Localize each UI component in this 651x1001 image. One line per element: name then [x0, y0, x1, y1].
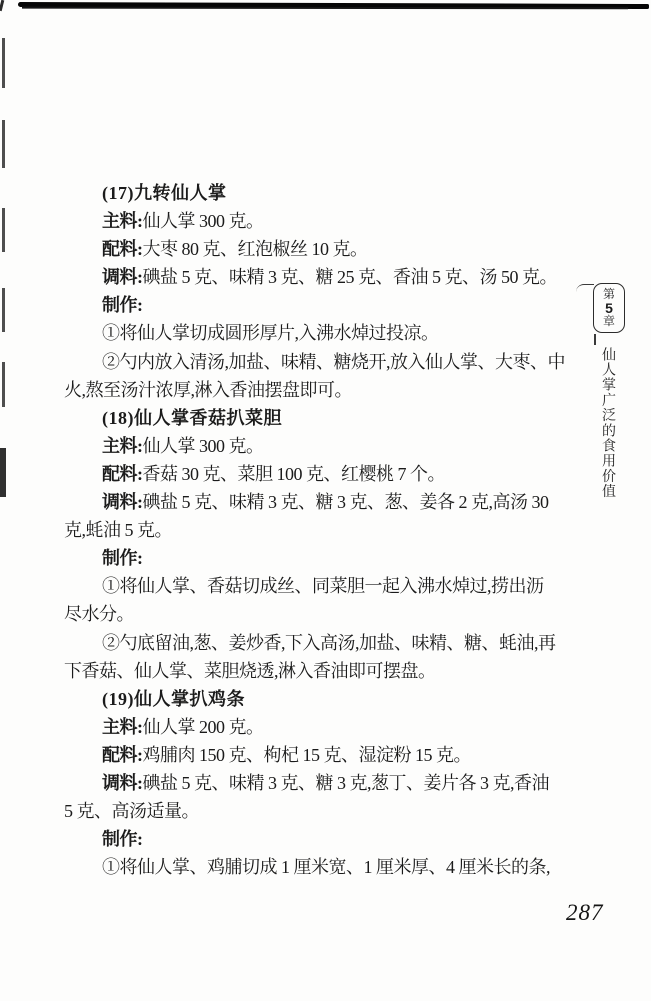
- recipe-line: 调料:碘盐 5 克、味精 3 克、糖 25 克、香油 5 克、汤 50 克。: [64, 263, 564, 291]
- recipe-line: (18)仙人掌香菇扒菜胆: [64, 404, 564, 432]
- line-label: 调料:: [102, 492, 143, 512]
- recipe-line: (19)仙人掌扒鸡条: [64, 685, 564, 713]
- badge-flourish-bottom: [594, 334, 596, 345]
- line-text: 仙人掌 300 克。: [143, 436, 264, 456]
- recipe-line: 下香菇、仙人掌、菜胆烧透,淋入香油即可摆盘。: [64, 657, 564, 685]
- line-text: 仙人掌 300 克。: [143, 211, 264, 231]
- recipe-line: 配料:鸡脯肉 150 克、枸杞 15 克、湿淀粉 15 克。: [64, 741, 564, 769]
- recipe-line: 制作:: [64, 544, 564, 572]
- page-number: 287: [566, 900, 604, 926]
- line-label: 主料:: [102, 436, 143, 456]
- line-label: 制作:: [102, 548, 143, 568]
- recipe-line: 制作:: [64, 825, 564, 853]
- recipe-line: 克,蚝油 5 克。: [64, 516, 564, 544]
- chapter-title-vertical: 仙人掌广泛的食用价值: [597, 347, 617, 499]
- line-text: 碘盐 5 克、味精 3 克、糖 25 克、香油 5 克、汤 50 克。: [143, 267, 558, 287]
- line-text: 克,蚝油 5 克。: [64, 520, 172, 540]
- line-label: 制作:: [102, 295, 143, 315]
- binding-shadow-dash: [2, 120, 5, 168]
- line-label: (18)仙人掌香菇扒菜胆: [102, 408, 282, 428]
- chapter-badge-number: 5: [605, 301, 613, 315]
- recipe-line: ②勺内放入清汤,加盐、味精、糖烧开,放入仙人掌、大枣、中: [64, 348, 564, 376]
- recipe-line: 调料:碘盐 5 克、味精 3 克、糖 3 克,葱丁、姜片各 3 克,香油: [64, 769, 564, 797]
- recipe-line: ①将仙人掌切成圆形厚片,入沸水焯过投凉。: [64, 319, 564, 347]
- line-text: 仙人掌 200 克。: [143, 717, 264, 737]
- line-text: 鸡脯肉 150 克、枸杞 15 克、湿淀粉 15 克。: [143, 745, 472, 765]
- line-label: 制作:: [102, 829, 143, 849]
- recipe-line: 调料:碘盐 5 克、味精 3 克、糖 3 克、葱、姜各 2 克,高汤 30: [64, 488, 564, 516]
- line-text: ②勺底留油,葱、姜炒香,下入高汤,加盐、味精、糖、蚝油,再: [102, 633, 556, 653]
- line-text: ①将仙人掌、鸡脯切成 1 厘米宽、1 厘米厚、4 厘米长的条,: [102, 857, 550, 877]
- recipe-line: 配料:香菇 30 克、菜胆 100 克、红樱桃 7 个。: [64, 460, 564, 488]
- line-label: 调料:: [102, 773, 143, 793]
- recipe-line: 主料:仙人掌 300 克。: [64, 432, 564, 460]
- badge-flourish-top: [576, 284, 594, 293]
- chapter-badge-suffix: 章: [603, 315, 615, 328]
- line-text: ①将仙人掌切成圆形厚片,入沸水焯过投凉。: [102, 323, 439, 343]
- line-text: 尽水分。: [64, 604, 134, 624]
- binding-shadow-dash: [2, 38, 5, 88]
- line-text: 下香菇、仙人掌、菜胆烧透,淋入香油即可摆盘。: [64, 661, 436, 681]
- scan-corner-tick: [0, 0, 4, 11]
- recipe-line: ②勺底留油,葱、姜炒香,下入高汤,加盐、味精、糖、蚝油,再: [64, 629, 564, 657]
- scan-smudge-top: [18, 2, 649, 9]
- recipe-line: (17)九转仙人掌: [64, 179, 564, 207]
- line-label: 配料:: [102, 745, 143, 765]
- line-label: 配料:: [102, 239, 143, 259]
- line-text: 5 克、高汤适量。: [64, 801, 199, 821]
- recipe-text-block: (17)九转仙人掌 主料:仙人掌 300 克。 配料:大枣 80 克、红泡椒丝 …: [64, 179, 564, 881]
- recipe-line: ①将仙人掌、香菇切成丝、同菜胆一起入沸水焯过,捞出沥: [64, 572, 564, 600]
- line-label: 主料:: [102, 717, 143, 737]
- binding-shadow-dash: [0, 448, 6, 497]
- binding-shadow-dash: [2, 362, 5, 407]
- book-page: (17)九转仙人掌 主料:仙人掌 300 克。 配料:大枣 80 克、红泡椒丝 …: [0, 0, 651, 1001]
- line-text: 碘盐 5 克、味精 3 克、糖 3 克、葱、姜各 2 克,高汤 30: [143, 492, 549, 512]
- line-label: 调料:: [102, 267, 143, 287]
- recipe-line: 主料:仙人掌 200 克。: [64, 713, 564, 741]
- line-text: ②勺内放入清汤,加盐、味精、糖烧开,放入仙人掌、大枣、中: [102, 352, 565, 372]
- recipe-line: 主料:仙人掌 300 克。: [64, 207, 564, 235]
- line-label: 主料:: [102, 211, 143, 231]
- chapter-badge: 第 5 章: [593, 283, 625, 333]
- recipe-line: 火,熬至汤汁浓厚,淋入香油摆盘即可。: [64, 376, 564, 404]
- binding-shadow-dash: [2, 208, 5, 252]
- line-label: (19)仙人掌扒鸡条: [102, 689, 245, 709]
- line-text: ①将仙人掌、香菇切成丝、同菜胆一起入沸水焯过,捞出沥: [102, 576, 544, 596]
- line-label: 配料:: [102, 464, 143, 484]
- binding-shadow-dash: [2, 288, 5, 332]
- recipe-line: 5 克、高汤适量。: [64, 797, 564, 825]
- recipe-line: ①将仙人掌、鸡脯切成 1 厘米宽、1 厘米厚、4 厘米长的条,: [64, 853, 564, 881]
- line-text: 火,熬至汤汁浓厚,淋入香油摆盘即可。: [64, 380, 352, 400]
- line-label: (17)九转仙人掌: [102, 183, 227, 203]
- line-text: 碘盐 5 克、味精 3 克、糖 3 克,葱丁、姜片各 3 克,香油: [143, 773, 550, 793]
- line-text: 香菇 30 克、菜胆 100 克、红樱桃 7 个。: [143, 464, 446, 484]
- recipe-line: 配料:大枣 80 克、红泡椒丝 10 克。: [64, 235, 564, 263]
- recipe-line: 尽水分。: [64, 600, 564, 628]
- line-text: 大枣 80 克、红泡椒丝 10 克。: [143, 239, 368, 259]
- recipe-line: 制作:: [64, 291, 564, 319]
